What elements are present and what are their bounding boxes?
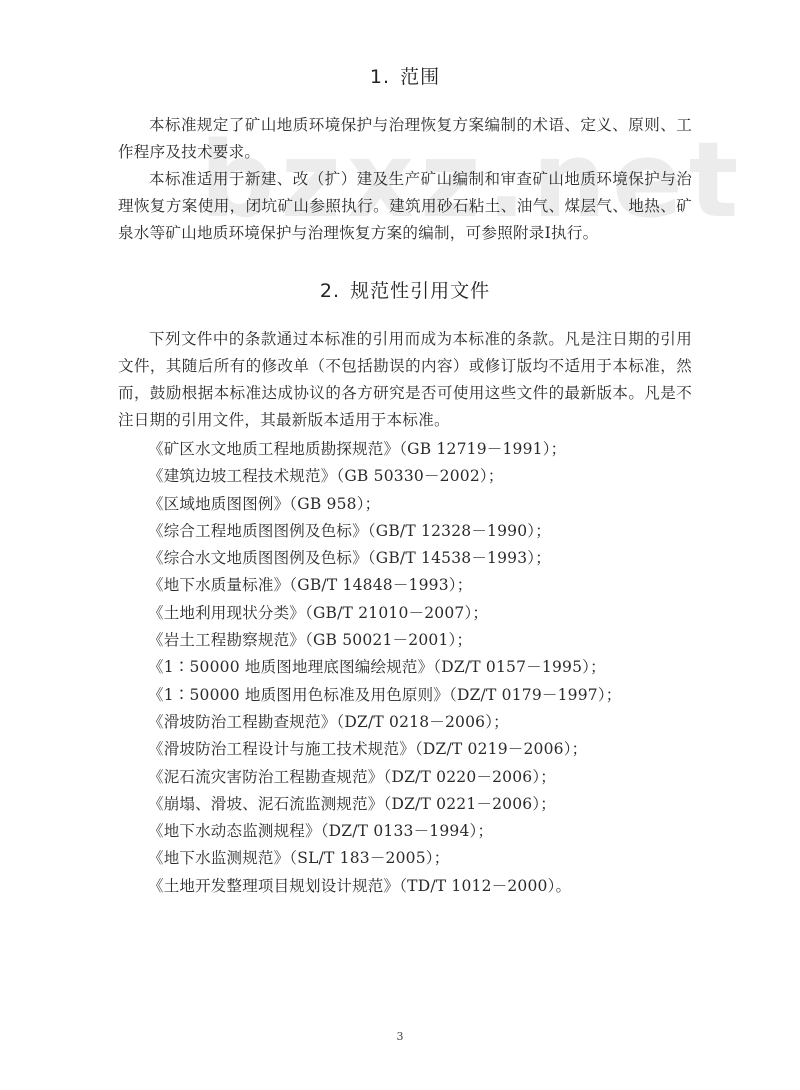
section-1-paragraph-2: 本标准适用于新建、改（扩）建及生产矿山编制和审查矿山地质环境保护与治理恢复方案使… (118, 166, 692, 247)
section-2-title: 规范性引用文件 (350, 280, 490, 302)
reference-item: 《建筑边坡工程技术规范》（GB 50330－2002）； (148, 463, 621, 490)
reference-item: 《泥石流灾害防治工程勘查规范》（DZ/T 0220－2006）； (148, 764, 621, 791)
reference-item: 《岩土工程勘察规范》（GB 50021－2001）； (148, 627, 621, 654)
section-1-heading: 1.范围 (118, 62, 692, 89)
reference-item: 《崩塌、滑坡、泥石流监测规范》（DZ/T 0221－2006）； (148, 791, 621, 818)
reference-item: 《区域地质图图例》（GB 958）； (148, 491, 621, 518)
page-number: 3 (0, 1030, 800, 1043)
section-1-number: 1. (370, 66, 390, 88)
section-1-title: 范围 (400, 66, 440, 88)
reference-item: 《1∶50000 地质图用色标准及用色原则》（DZ/T 0179－1997）； (148, 682, 621, 709)
section-2-heading: 2.规范性引用文件 (118, 276, 692, 303)
reference-item: 《矿区水文地质工程地质勘探规范》（GB 12719－1991）； (148, 436, 621, 463)
section-1-paragraph-1: 本标准规定了矿山地质环境保护与治理恢复方案编制的术语、定义、原则、工作程序及技术… (118, 112, 692, 166)
reference-item: 《地下水质量标准》（GB/T 14848－1993）； (148, 572, 621, 599)
reference-item: 《土地利用现状分类》（GB/T 21010－2007）； (148, 600, 621, 627)
reference-item: 《土地开发整理项目规划设计规范》（TD/T 1012－2000）。 (148, 873, 621, 900)
section-2-number: 2. (320, 280, 340, 302)
reference-item: 《滑坡防治工程勘查规范》（DZ/T 0218－2006）； (148, 709, 621, 736)
reference-item: 《综合水文地质图图例及色标》（GB/T 14538－1993）； (148, 545, 621, 572)
reference-item: 《地下水动态监测规程》（DZ/T 0133－1994）； (148, 818, 621, 845)
reference-item: 《综合工程地质图图例及色标》（GB/T 12328－1990）； (148, 518, 621, 545)
section-2-paragraph-1: 下列文件中的条款通过本标准的引用而成为本标准的条款。凡是注日期的引用文件，其随后… (118, 326, 692, 434)
reference-list: 《矿区水文地质工程地质勘探规范》（GB 12719－1991）； 《建筑边坡工程… (148, 436, 621, 900)
reference-item: 《滑坡防治工程设计与施工技术规范》（DZ/T 0219－2006）； (148, 736, 621, 763)
reference-item: 《地下水监测规范》（SL/T 183－2005）； (148, 845, 621, 872)
reference-item: 《1∶50000 地质图地理底图编绘规范》（DZ/T 0157－1995）； (148, 654, 621, 681)
